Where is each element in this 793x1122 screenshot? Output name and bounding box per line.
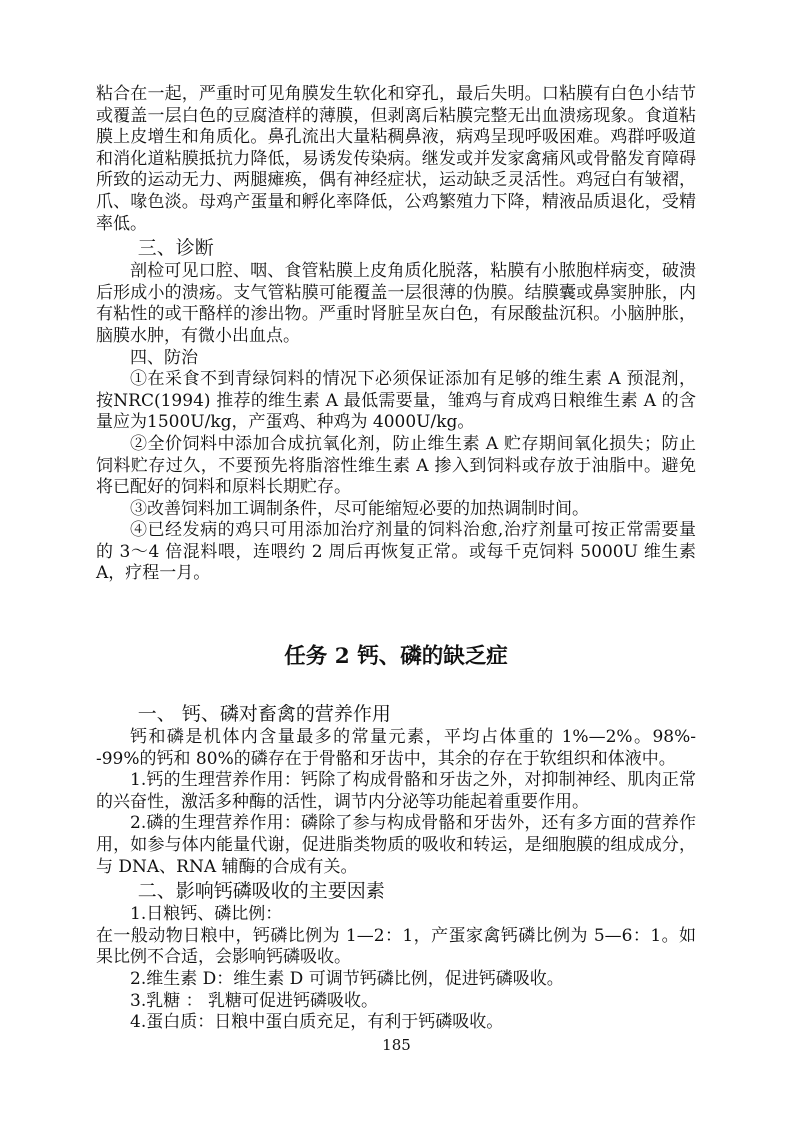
body-paragraph: ④已经发病的鸡只可用添加治疗剂量的饲料治愈,治疗剂量可按正常需要量的 3～4 倍… bbox=[96, 520, 696, 585]
body-paragraph: 粘合在一起，严重时可见角膜发生软化和穿孔，最后失明。口粘膜有白色小结节或覆盖一层… bbox=[96, 84, 696, 235]
section-heading-absorption-factors: 二、影响钙磷吸收的主要因素 bbox=[96, 878, 696, 904]
page-number: 185 bbox=[0, 1034, 793, 1056]
body-paragraph: ①在采食不到青绿饲料的情况下必须保证添加有足够的维生素 A 预混剂，按NRC(1… bbox=[96, 369, 696, 434]
body-paragraph: ③改善饲料加工调制条件，尽可能缩短必要的加热调制时间。 bbox=[96, 499, 696, 521]
chapter-title: 任务 2 钙、磷的缺乏症 bbox=[96, 641, 696, 673]
body-paragraph: 1.钙的生理营养作用：钙除了构成骨骼和牙齿之外，对抑制神经、肌肉正常的兴奋性，激… bbox=[96, 770, 696, 813]
body-paragraph: 剖检可见口腔、咽、食管粘膜上皮角质化脱落，粘膜有小脓胞样病变，破溃后形成小的溃疡… bbox=[96, 261, 696, 347]
body-paragraph: 2.维生素 D：维生素 D 可调节钙磷比例，促进钙磷吸收。 bbox=[96, 969, 696, 991]
body-paragraph: 钙和磷是机体内含量最多的常量元素，平均占体重的 1%—2%。98%--99%的钙… bbox=[96, 727, 696, 770]
body-paragraph: 1.日粮钙、磷比例： bbox=[96, 904, 696, 926]
section-heading-prevention: 四、防治 bbox=[96, 348, 696, 370]
body-paragraph: ②全价饲料中添加合成抗氧化剂，防止维生素 A 贮存期间氧化损失；防止饲料贮存过久… bbox=[96, 434, 696, 499]
body-paragraph: 3.乳糖 ： 乳糖可促进钙磷吸收。 bbox=[96, 991, 696, 1013]
section-heading-nutrition-role: 一、 钙、磷对畜禽的营养作用 bbox=[96, 701, 696, 727]
body-paragraph: 4.蛋白质：日粮中蛋白质充足，有利于钙磷吸收。 bbox=[96, 1012, 696, 1034]
body-paragraph: 在一般动物日粮中，钙磷比例为 1—2：1，产蛋家禽钙磷比例为 5—6：1。如果比… bbox=[96, 926, 696, 969]
body-paragraph: 2.磷的生理营养作用：磷除了参与构成骨骼和牙齿外，还有多方面的营养作用，如参与体… bbox=[96, 813, 696, 878]
section-heading-diagnosis: 三、诊断 bbox=[96, 235, 696, 261]
document-page: 粘合在一起，严重时可见角膜发生软化和穿孔，最后失明。口粘膜有白色小结节或覆盖一层… bbox=[0, 0, 793, 1122]
